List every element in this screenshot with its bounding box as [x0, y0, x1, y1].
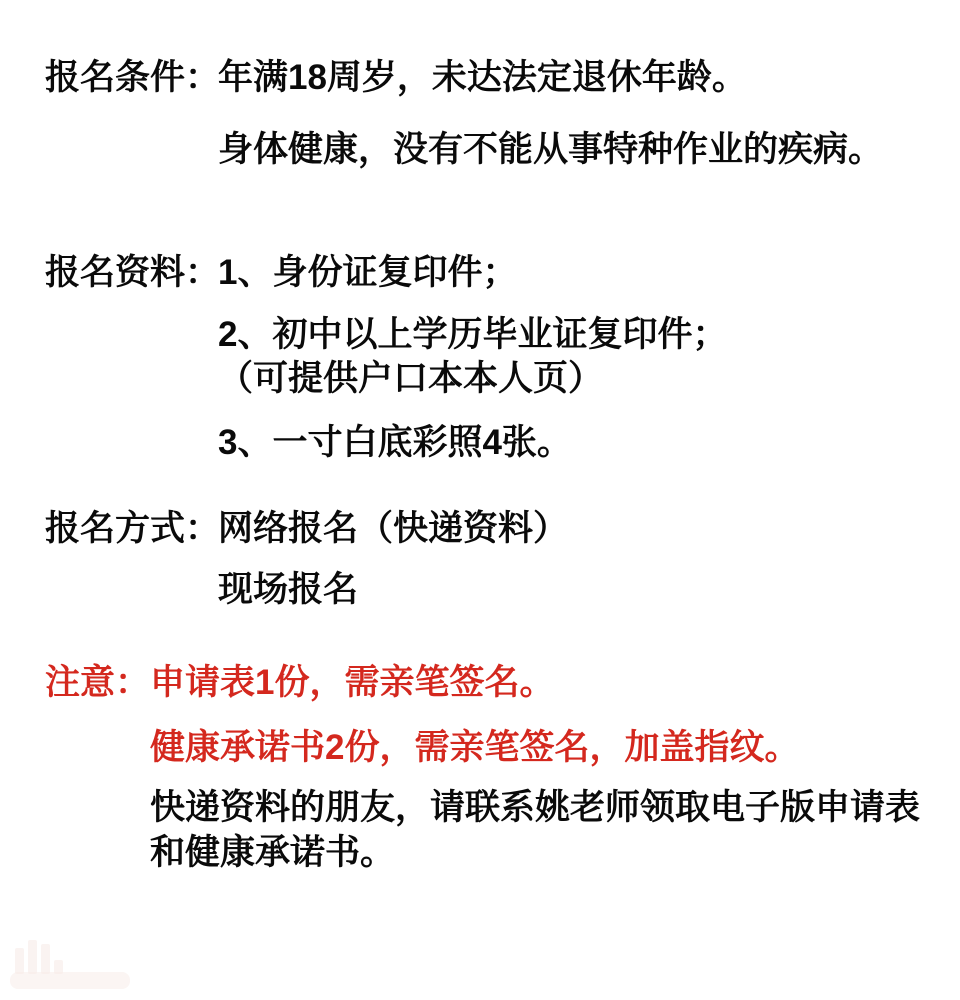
materials-label: 报名资料：: [45, 254, 220, 292]
materials-item2-line1: 2、初中以上学历毕业证复印件；: [218, 316, 727, 354]
conditions-label: 报名条件：: [45, 59, 220, 97]
notice-red-line2: 健康承诺书2份，需亲笔签名，加盖指纹。: [150, 729, 799, 767]
conditions-line2: 身体健康，没有不能从事特种作业的疾病。: [218, 131, 883, 169]
materials-item1: 1、身份证复印件；: [218, 254, 517, 292]
faint-logo-watermark-icon: [15, 938, 70, 974]
faint-watermark-banner: [10, 972, 130, 989]
notice-document: 报名条件： 年满18周岁，未达法定退休年龄。 身体健康，没有不能从事特种作业的疾…: [0, 0, 960, 1000]
methods-line1: 网络报名（快递资料）: [218, 510, 568, 548]
conditions-line1: 年满18周岁，未达法定退休年龄。: [218, 59, 747, 97]
notice-black-line2: 和健康承诺书。: [150, 834, 395, 872]
notice-label: 注意：: [45, 664, 150, 702]
methods-line2: 现场报名: [218, 571, 358, 609]
notice-black-line1: 快递资料的朋友，请联系姚老师领取电子版申请表: [150, 789, 920, 827]
notice-red-line1: 申请表1份，需亲笔签名。: [150, 664, 554, 702]
materials-item2-line2: （可提供户口本本人页）: [218, 360, 603, 398]
methods-label: 报名方式：: [45, 510, 220, 548]
materials-item3: 3、一寸白底彩照4张。: [218, 424, 572, 462]
